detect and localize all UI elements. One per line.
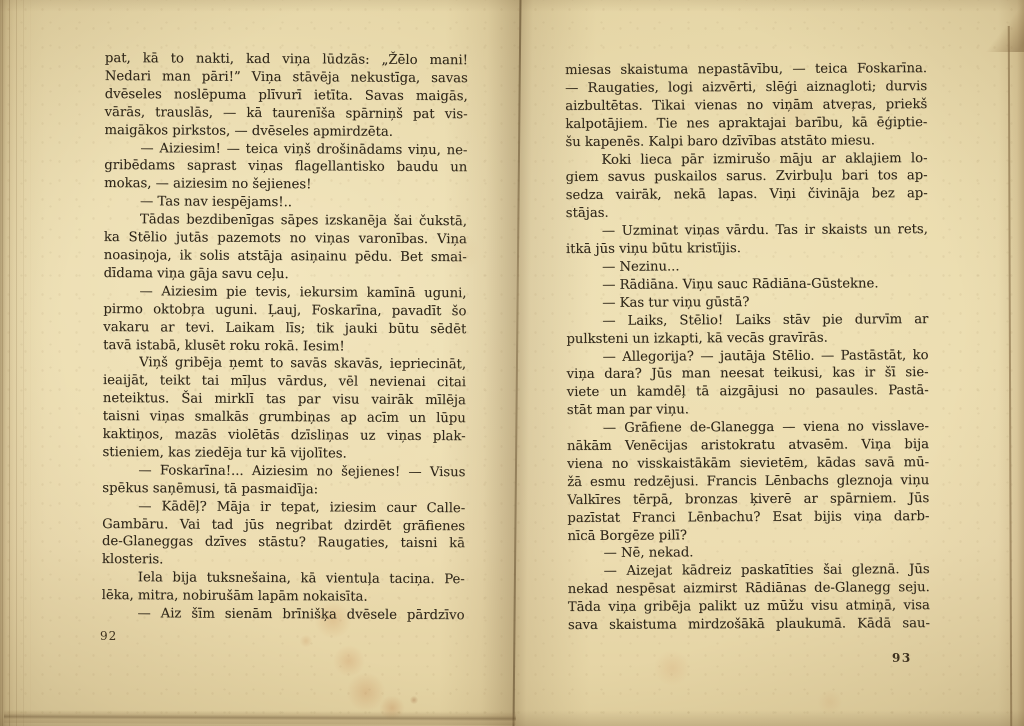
page-number-left: 92	[100, 629, 117, 643]
text-line: pirmo oktobŗa uguni. Ļauj, Foskarīna, pa…	[103, 301, 466, 321]
page-text-left: pat, kā to nakti, kad viņa lūdzās: „Žēlo…	[101, 50, 467, 625]
text-line: — Raugaties, logi aizvērti, slēģi aiznag…	[565, 78, 927, 98]
text-line: maigākos pirkstos, — dvēseles apmirdzēta…	[104, 122, 467, 142]
text-line: — Rādiāna. Viņu sauc Rādiāna-Gūstekne.	[566, 275, 928, 295]
text-line: neteiktus. Šai mirklī tas par visu vairā…	[103, 390, 466, 410]
text-line: ieaijāt, teikt tai mīļus vārdus, vēl nev…	[103, 372, 466, 392]
text-line: Koki lieca pār izmirušo māju ar aklajiem…	[565, 150, 927, 170]
book-scan: pat, kā to nakti, kad viņa lūdzās: „Žēlo…	[0, 0, 1024, 726]
text-line: spēkus saņēmusi, tā pasmaidīja:	[102, 480, 465, 500]
text-line: stāt man par viņu.	[567, 400, 929, 420]
text-line: viņa dara? Jūs man neesat teikusi, kas i…	[567, 365, 929, 385]
text-line: pat, kā to nakti, kad viņa lūdzās: „Žēlo…	[105, 50, 468, 70]
text-line: klosteris.	[102, 551, 465, 571]
text-line: giem savus puskailos sarus. Zvirbuļu bar…	[566, 168, 928, 188]
text-line: — Nē, nekad.	[568, 544, 930, 564]
text-line: Tāda viņa gribēja palikt uz mūžu visu at…	[568, 597, 930, 617]
text-line: pazīstat Franci Lēnbachu? Esat bijis viņ…	[567, 508, 929, 528]
text-line: — Uzminat viņas vārdu. Tas ir skaists un…	[566, 221, 928, 241]
text-line: Valkīres tērpā, bronzas ķiverē ar spārni…	[567, 490, 929, 510]
text-line: viena no visskaistākām sievietēm, kādas …	[567, 454, 929, 474]
text-line: — Kādēļ? Māja ir tepat, iziesim caur Cal…	[102, 498, 465, 518]
text-line: Tādas bezdibenīgas sāpes izskanēja šai č…	[104, 211, 467, 231]
text-line: gribēdams saprast viņas flagellantisko b…	[104, 157, 467, 177]
text-line: stājas.	[566, 203, 928, 223]
text-line: — Aizejat kādreiz paskatīties šai gleznā…	[568, 561, 930, 581]
text-line: lēka, mitra, nobirušām lapām nokaisīta.	[102, 587, 465, 607]
text-line: sedza vairāk, nekā lapas. Viņi čivināja …	[566, 185, 928, 205]
text-line: de-Glaneggas dzīves stāstu? Raugaties, t…	[102, 533, 465, 553]
text-line: nekad nespēsat aizmirst Rādiānas de-Glan…	[568, 579, 930, 599]
text-line: dīdama viņa gāja savu ceļu.	[104, 265, 467, 285]
text-line: nākām Venēcijas aristokratu atvasēm. Viņ…	[567, 436, 929, 456]
text-line: viete un kamdēļ tā aizgājusi no pasaules…	[567, 382, 929, 402]
text-line: noasiņoja, ik solis atstāja asiņainu pēd…	[104, 247, 467, 267]
text-line: stieniem, kas ziedēja tur kā vijolītes.	[102, 444, 465, 464]
page-text-right: miesas skaistuma nepastāvību, — teica Fo…	[565, 60, 930, 635]
text-line: sava skaistuma mirdzošākā plaukumā. Kādā…	[568, 615, 930, 635]
text-line: — Kas tur viņu gūstā?	[566, 293, 928, 313]
text-line: nīcā Borgēze pilī?	[567, 526, 929, 546]
text-line: — Aiziesim! — teica viņš drošinādams viņ…	[104, 140, 467, 160]
text-line: kalpotājiem. Tie nes apraktajai barību, …	[565, 114, 927, 134]
page-edge-right	[998, 0, 1024, 726]
text-line: — Grāfiene de-Glanegga — viena no vissla…	[567, 418, 929, 438]
text-line: — Allegorija? — jautāja Stēlio. — Pastās…	[567, 347, 929, 367]
text-line: vārās, trauslās, — kā taurenīša spārniņš…	[105, 104, 468, 124]
text-line: Gambāru. Vai tad jūs negribat dzirdēt gr…	[102, 516, 465, 536]
text-line: — Nezinu...	[566, 257, 928, 277]
text-line: žā esmu redzējusi. Francis Lēnbachs glez…	[567, 472, 929, 492]
page-edge-bottom	[4, 710, 516, 725]
page-edge-left	[0, 0, 46, 726]
text-line: taisni viņas smalkās grumbiņas ap acīm u…	[103, 408, 466, 428]
text-line: mokas, — aiziesim no šejienes!	[104, 175, 467, 195]
text-line: — Aiz šīm sienām brīnišķa dvēsele pārdzī…	[101, 605, 464, 625]
text-line: Viņš gribēja ņemt to savās skavās, iepri…	[103, 354, 466, 374]
text-line: itkā jūs viņu būtu kristījis.	[566, 239, 928, 259]
text-line: šu kapenēs. Kalpi baro dzīvības atstāto …	[565, 132, 927, 152]
text-line: miesas skaistuma nepastāvību, — teica Fo…	[565, 60, 927, 80]
text-line: tavā istabā, klusēt roku rokā. Iesim!	[103, 336, 466, 356]
text-line: pulksteni un izkapti, kā vecās gravīrās.	[566, 329, 928, 349]
text-line: Iela bija tuksnešaina, kā vientuļa taciņ…	[102, 569, 465, 589]
text-line: vakaru ar tevi. Laikam līs; tik jauki bū…	[103, 319, 466, 339]
text-line: — Laiks, Stēlio! Laiks stāv pie durvīm a…	[566, 311, 928, 331]
text-line: — Tas nav iespējams!..	[104, 193, 467, 213]
text-line: aizbultētas. Tikai vienas no viņām atveŗ…	[565, 96, 927, 116]
text-line: dvēseles noslēpuma plīvurī ietīta. Savas…	[105, 86, 468, 106]
text-line: Nedari man pāri!” Viņa stāvēja nekustīga…	[105, 68, 468, 88]
text-line: — Foskarīna!... Aiziesim no šejienes! — …	[102, 462, 465, 482]
page-number-right: 93	[892, 651, 912, 665]
text-line: — Aiziesim pie tevis, iekursim kamīnā ug…	[103, 283, 466, 303]
page-corner-top-right	[978, 0, 1024, 52]
text-line: kaktiņos, mazās violētās dzīsliņas uz vi…	[103, 426, 466, 446]
text-line: ka Stēlio jutās pazemots no viņas varonī…	[104, 229, 467, 249]
